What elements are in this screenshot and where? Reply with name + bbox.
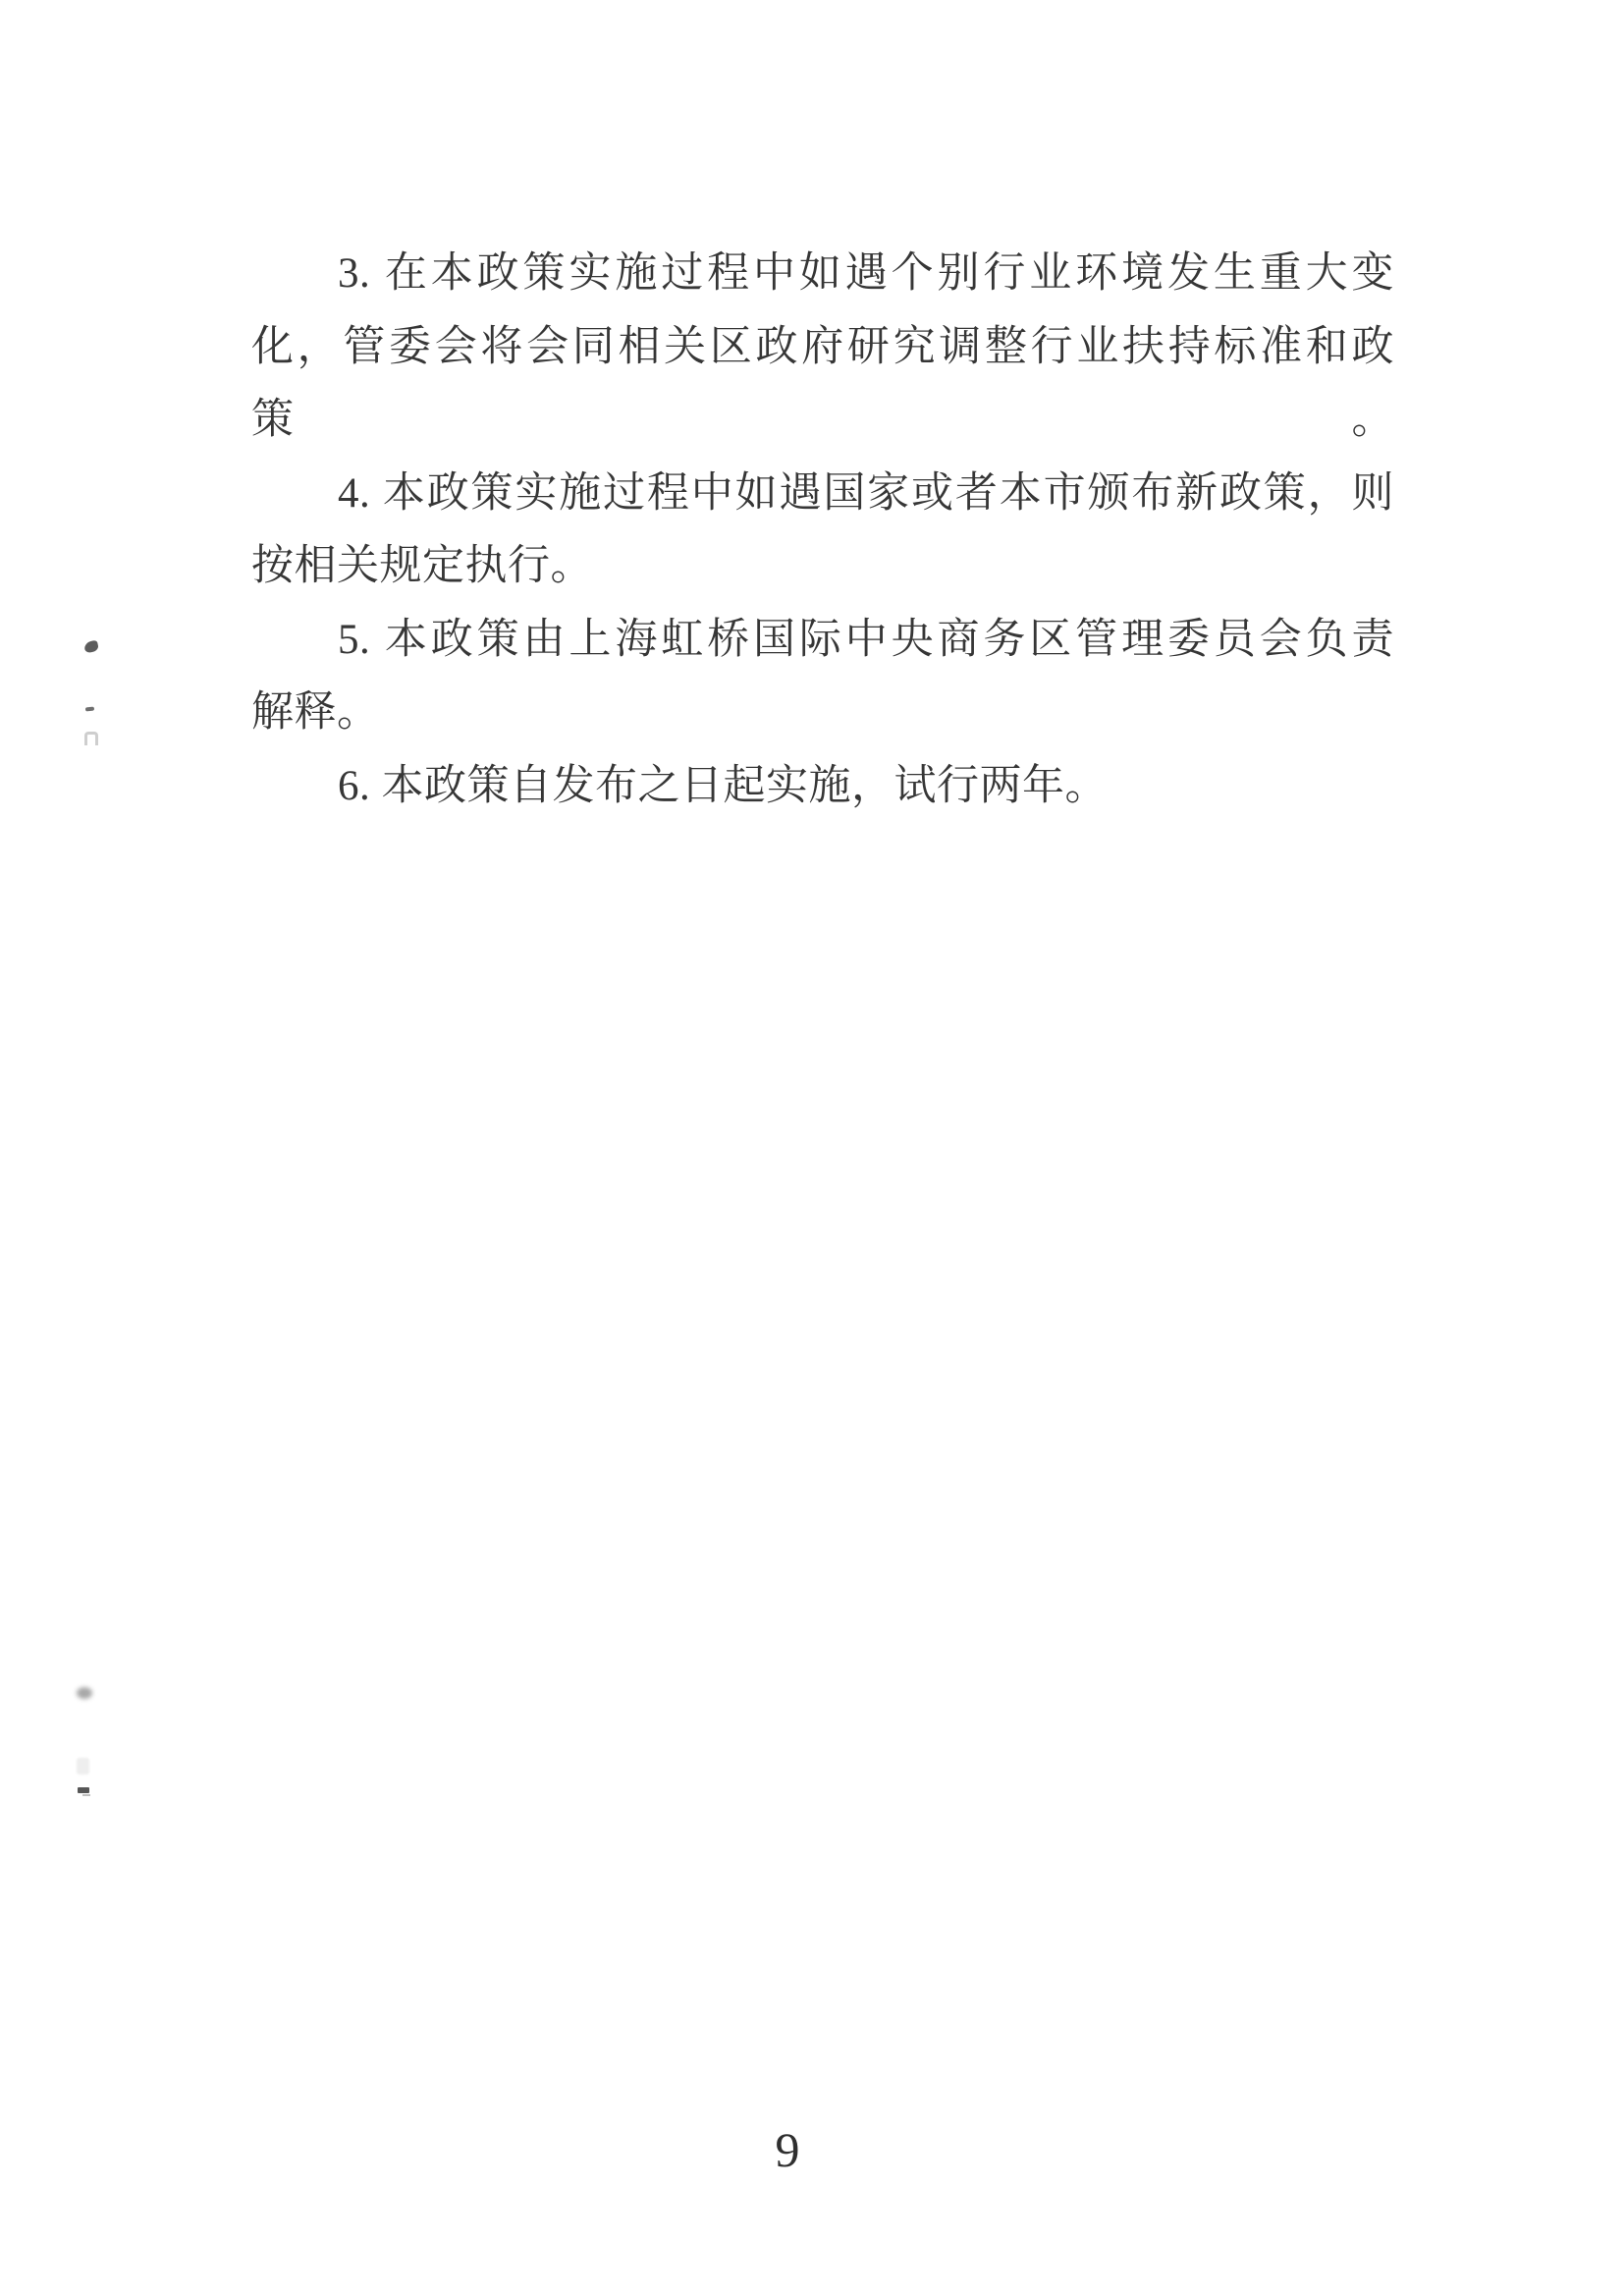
policy-line-3: 4. 本政策实施过程中如遇国家或者本市颁布新政策，则 — [251, 458, 1394, 531]
policy-line-6: 解释。 — [251, 677, 1394, 750]
scan-artifact-mark-2 — [85, 707, 94, 712]
scan-artifact-mark-5 — [77, 1758, 89, 1775]
scan-artifact-mark-1 — [83, 640, 99, 654]
policy-line-1: 3. 在本政策实施过程中如遇个别行业环境发生重大变 — [251, 238, 1394, 311]
policy-line-5: 5. 本政策由上海虹桥国际中央商务区管理委员会负责 — [251, 604, 1394, 678]
policy-line-2: 化，管委会将会同相关区政府研究调整行业扶持标准和政策。 — [251, 311, 1394, 458]
scanned-document-page: { "document": { "lines": [ "3. 在本政策实施过程中… — [0, 0, 1624, 2296]
policy-line-7: 6. 本政策自发布之日起实施，试行两年。 — [251, 750, 1394, 824]
policy-text-block: 3. 在本政策实施过程中如遇个别行业环境发生重大变 化，管委会将会同相关区政府研… — [251, 238, 1394, 823]
policy-line-4: 按相关规定执行。 — [251, 530, 1394, 604]
page-number: 9 — [748, 2125, 827, 2174]
scan-artifact-mark-6 — [78, 1787, 89, 1793]
scan-artifact-mark-4 — [77, 1687, 92, 1699]
scan-artifact-mark-3 — [84, 732, 98, 745]
